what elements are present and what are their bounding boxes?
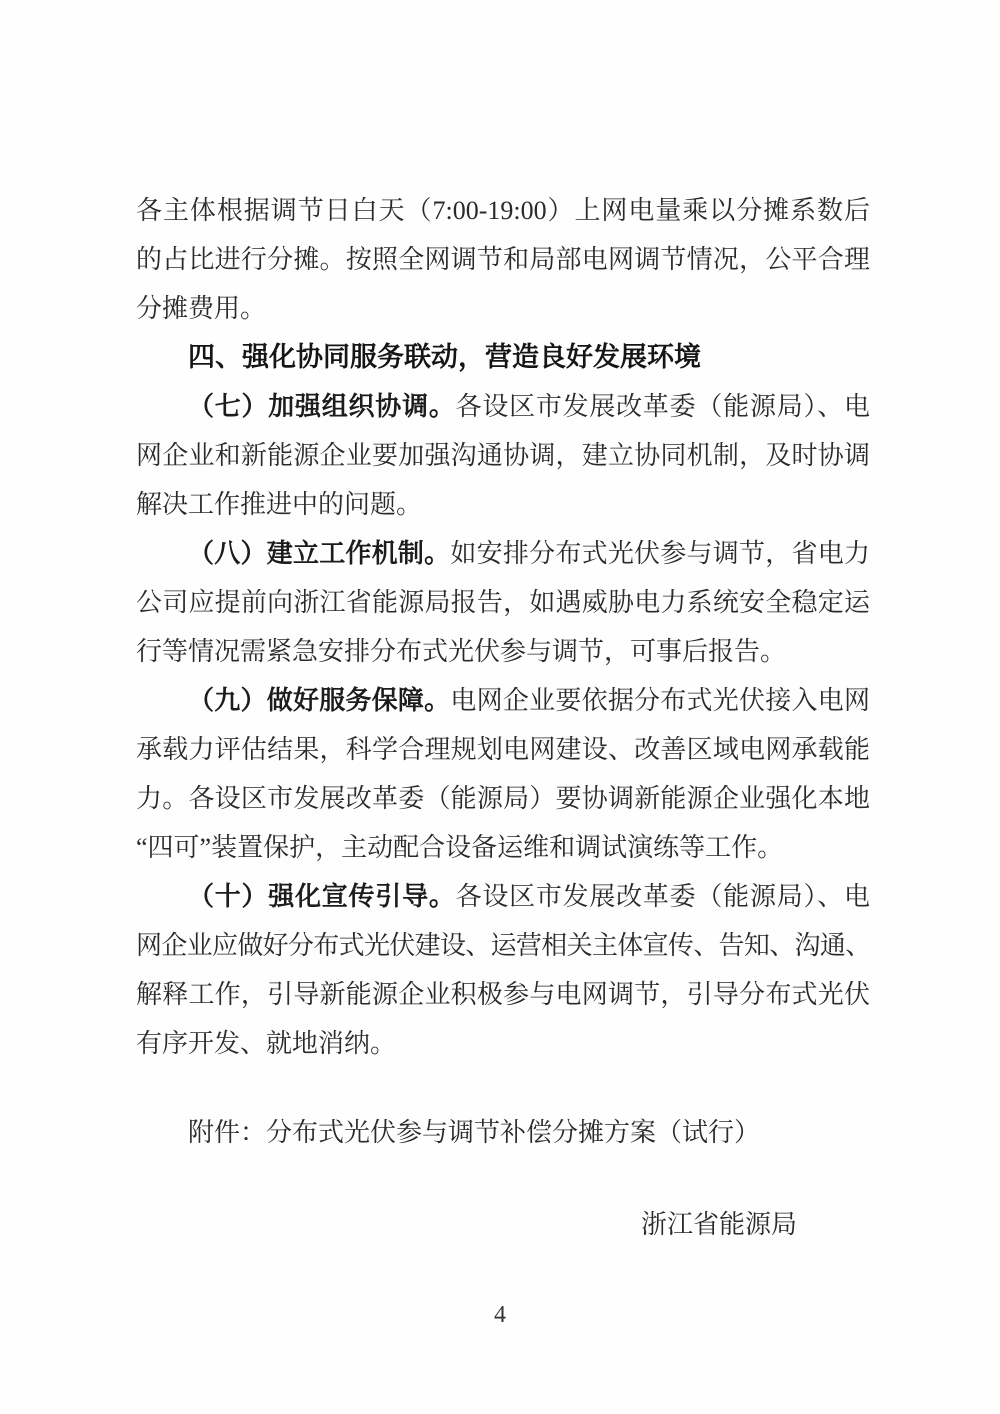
body-line: （八）建立工作机制。如安排分布式光伏参与调节，省电力 [136, 529, 870, 578]
body-line: 网企业应做好分布式光伏建设、运营相关主体宣传、告知、沟通、 [136, 921, 870, 970]
page-number: 4 [0, 1300, 1000, 1330]
body-line: 解释工作，引导新能源企业积极参与电网调节，引导分布式光伏 [136, 970, 870, 1019]
paragraph-text: 如安排分布式光伏参与调节，省电力 [450, 539, 870, 568]
paragraph-lead: （十）强化宣传引导。 [188, 882, 456, 911]
body-line: “四可”装置保护，主动配合设备运维和调试演练等工作。 [136, 823, 870, 872]
body-line: （七）加强组织协调。各设区市发展改革委（能源局）、电 [136, 382, 870, 431]
paragraph-text: 各设区市发展改革委（能源局）、电 [456, 882, 870, 911]
signature: 浙江省能源局 [136, 1200, 870, 1249]
paragraph-lead: （九）做好服务保障。 [188, 686, 450, 715]
paragraph-lead: （八）建立工作机制。 [188, 539, 450, 568]
body-line: （十）强化宣传引导。各设区市发展改革委（能源局）、电 [136, 872, 870, 921]
paragraph-text: 各设区市发展改革委（能源局）、电 [456, 392, 870, 421]
body-line: 力。各设区市发展改革委（能源局）要协调新能源企业强化本地 [136, 774, 870, 823]
body-line: 各主体根据调节日白天（7:00-19:00）上网电量乘以分摊系数后 [136, 186, 870, 235]
paragraph-lead: （七）加强组织协调。 [188, 392, 456, 421]
body-line: 有序开发、就地消纳。 [136, 1019, 870, 1068]
attachment-line: 附件：分布式光伏参与调节补偿分摊方案（试行） [136, 1108, 870, 1157]
body-line: 网企业和新能源企业要加强沟通协调，建立协同机制，及时协调 [136, 431, 870, 480]
document-body: 各主体根据调节日白天（7:00-19:00）上网电量乘以分摊系数后 的占比进行分… [136, 186, 870, 1249]
paragraph-text: 电网企业要依据分布式光伏接入电网 [450, 686, 870, 715]
document-page: 各主体根据调节日白天（7:00-19:00）上网电量乘以分摊系数后 的占比进行分… [0, 0, 1000, 1414]
body-line: 分摊费用。 [136, 284, 870, 333]
body-line: 承载力评估结果，科学合理规划电网建设、改善区域电网承载能 [136, 725, 870, 774]
body-line: （九）做好服务保障。电网企业要依据分布式光伏接入电网 [136, 676, 870, 725]
body-line: 的占比进行分摊。按照全网调节和局部电网调节情况，公平合理 [136, 235, 870, 284]
section-heading: 四、强化协同服务联动，营造良好发展环境 [136, 333, 870, 382]
body-line: 解决工作推进中的问题。 [136, 480, 870, 529]
body-line: 行等情况需紧急安排分布式光伏参与调节，可事后报告。 [136, 627, 870, 676]
body-line: 公司应提前向浙江省能源局报告，如遇威胁电力系统安全稳定运 [136, 578, 870, 627]
